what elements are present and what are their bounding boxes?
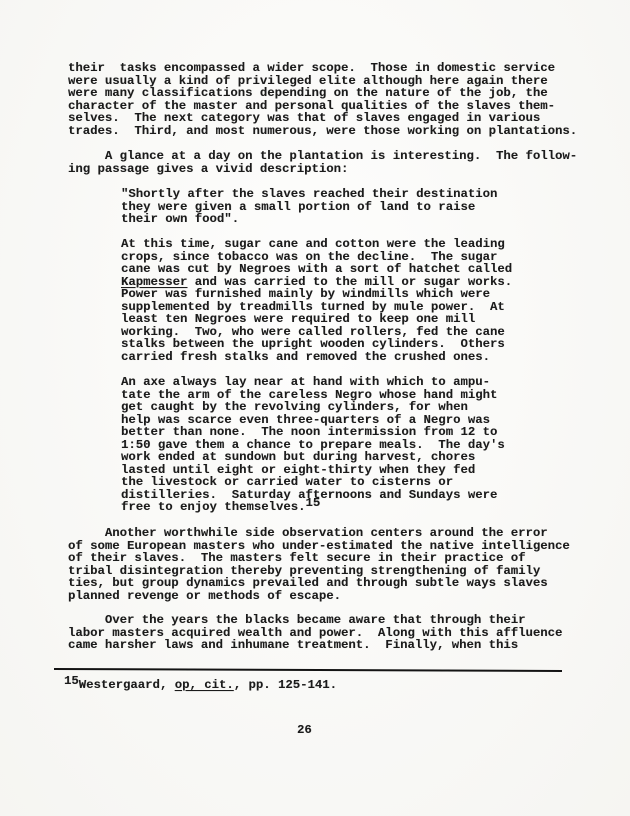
footnote-author: Westergaard, [79,678,175,692]
footnote-separator-rule [54,668,562,672]
footnote-reference-15: 15 [305,496,320,510]
page-number: 26 [297,724,312,737]
footnote-op-cit: op, cit. [175,678,234,692]
paragraph-side-observation: Another worthwhile side observation cent… [68,527,570,602]
footnote-pages: , pp. 125-141. [234,678,337,692]
blockquote-axe-text: An axe always lay near at hand with whic… [121,375,505,514]
document-page: their tasks encompassed a wider scope. T… [0,0,630,816]
blockquote-sugar-cane: At this time, sugar cane and cotton were… [121,238,512,363]
blockquote-sugar-cane-text-post: and was carried to the mill or sugar wor… [121,275,512,364]
blockquote-sugar-cane-text-pre: At this time, sugar cane and cotton were… [121,237,512,276]
blockquote-axe: An axe always lay near at hand with whic… [121,376,505,514]
footnote: 15Westergaard, op, cit., pp. 125-141. [64,679,337,692]
blockquote-shortly-after: "Shortly after the slaves reached their … [121,188,497,226]
footnote-marker-15: 15 [64,674,79,688]
paragraph-over-the-years: Over the years the blacks became aware t… [68,614,562,652]
paragraph-glance-at-day: A glance at a day on the plantation is i… [68,150,577,175]
paragraph-domestic-service: their tasks encompassed a wider scope. T… [68,62,577,137]
